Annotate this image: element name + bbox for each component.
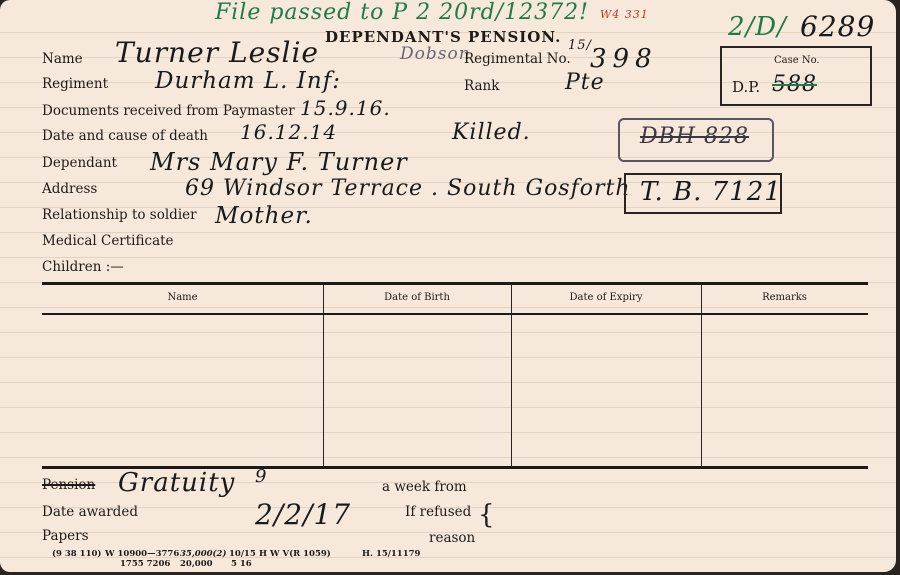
struck-reference-box: DBH 828: [618, 118, 774, 162]
week-from-label: a week from: [382, 479, 467, 495]
name-label: Name: [42, 51, 83, 67]
pension-card: File passed to P 2 20rd/12372! W4 331 2/…: [0, 0, 896, 572]
column-divider: [511, 285, 512, 466]
reason-label: reason: [429, 530, 475, 546]
file-passed-annotation: File passed to P 2 20rd/12372!: [215, 0, 589, 25]
pension-value: Gratuity: [118, 468, 235, 498]
struck-reference: DBH 828: [640, 124, 749, 149]
rank-value: Pte: [565, 70, 605, 95]
print-code: 5 16: [231, 559, 252, 569]
death-cause: Killed.: [452, 120, 531, 145]
print-code: W 10900—3776: [105, 549, 179, 559]
relationship-value: Mother.: [215, 203, 313, 229]
date-awarded-value: 2/2/17: [255, 498, 351, 531]
documents-received-value: 15.9.16.: [300, 96, 391, 120]
tb-reference-box: T. B. 7121: [624, 173, 782, 214]
case-ref-number: 6289: [800, 10, 875, 43]
case-ref-green: 2/D/: [728, 12, 787, 42]
relationship-label: Relationship to soldier: [42, 207, 197, 223]
regiment-label: Regiment: [42, 76, 108, 92]
address-label: Address: [42, 181, 97, 197]
death-date: 16.12.14: [240, 120, 337, 144]
column-divider: [701, 285, 702, 466]
print-code: 35,000(2): [180, 549, 227, 559]
print-code: (9 38 110): [52, 549, 101, 559]
address-value: 69 Windsor Terrace . South Gosforth: [185, 176, 631, 201]
column-header-date-of-expiry: Date of Expiry: [511, 292, 701, 303]
rank-label: Rank: [464, 78, 499, 94]
dependant-label: Dependant: [42, 155, 117, 171]
print-code: H W V(R 1059): [259, 549, 331, 559]
pension-amount-note: 9: [255, 466, 267, 487]
print-code: 20,000: [180, 559, 213, 569]
column-header-date-of-birth: Date of Birth: [323, 292, 511, 303]
print-code: 10/15: [229, 549, 256, 559]
dependant-value: Mrs Mary F. Turner: [150, 148, 408, 176]
print-code: H. 15/11179: [362, 549, 420, 559]
table-top-rule: [42, 282, 868, 285]
regimental-no-label: Regimental No.: [464, 51, 571, 67]
if-refused-label: If refused: [405, 504, 471, 520]
tb-reference: T. B. 7121: [640, 177, 782, 207]
death-label: Date and cause of death: [42, 128, 208, 144]
column-header-remarks: Remarks: [701, 292, 868, 303]
case-number-box: Case No. D.P. 588: [720, 46, 872, 106]
column-header-name: Name: [42, 292, 323, 303]
date-awarded-label: Date awarded: [42, 504, 138, 520]
case-no-label: Case No.: [774, 55, 820, 66]
regiment-value: Durham L. Inf:: [155, 68, 341, 94]
papers-label: Papers: [42, 528, 89, 544]
name-extra: Dobson: [400, 44, 471, 64]
brace-icon: {: [478, 500, 495, 530]
dp-value: 588: [772, 72, 817, 97]
documents-received-label: Documents received from Paymaster: [42, 103, 295, 119]
name-value: Turner Leslie: [115, 36, 319, 69]
dp-prefix: D.P.: [732, 78, 760, 96]
pension-label: Pension: [42, 477, 95, 493]
regimental-prefix: 15/: [568, 38, 592, 53]
column-divider: [323, 285, 324, 466]
children-label: Children :—: [42, 259, 124, 275]
table-header-rule: [42, 313, 868, 315]
red-annotation: W4 331: [600, 8, 649, 21]
medical-certificate-label: Medical Certificate: [42, 233, 174, 249]
print-code: 1755 7206: [120, 559, 170, 569]
